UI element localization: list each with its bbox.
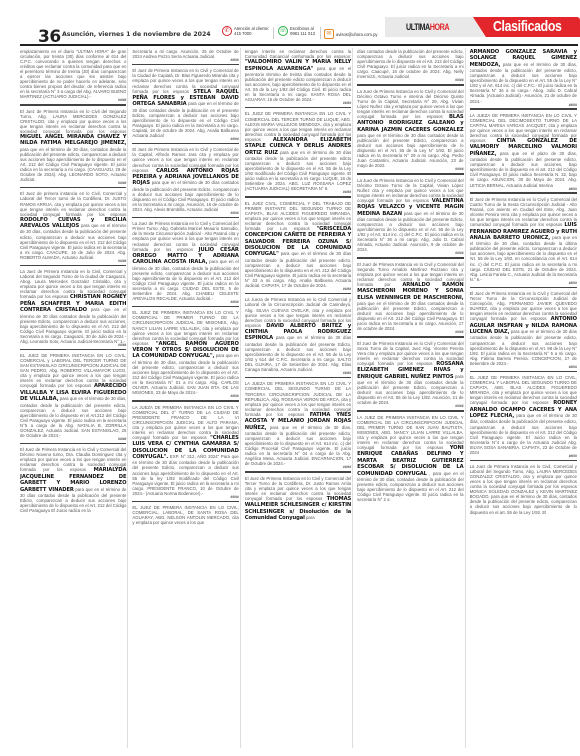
legal-notice: Secretaría a mi cargo. Asunción, 25 de O… [132, 48, 238, 63]
notice-code: ##/## [470, 282, 577, 286]
notice-code: ##/## [132, 59, 238, 63]
notice-divider [357, 173, 463, 175]
notice-divider [470, 108, 577, 110]
legal-notice: ARMANDO GONZALEZ SARAVIA y SOLANGE RAQUE… [470, 48, 577, 107]
notice-code: ##/## [245, 102, 351, 106]
legal-notice: LA JUEZA DE PRIMERA INSTANCIA EN LO CIVI… [245, 380, 351, 470]
notice-text: para que en el término de 30 días contad… [245, 150, 351, 192]
notice-text: tengan interés en reclamar derechos cont… [245, 49, 351, 59]
notice-code: ##/## [245, 191, 351, 195]
notice-code: ##/## [132, 301, 238, 305]
notice-text: para que en el término de 30 días contad… [357, 211, 463, 253]
notice-text: para que en el término de 30 días, conta… [20, 396, 126, 438]
legal-notice: El Juez de Primera Instancia en lo Civil… [132, 146, 238, 215]
notice-text: para que en el término de 30 días contad… [245, 335, 351, 372]
column-5: ARMANDO GONZALEZ SARAVIA y SOLANGE RAQUE… [470, 48, 578, 748]
notice-code: ##/## [132, 496, 238, 500]
notice-text: para [306, 515, 315, 520]
legal-notice: El Juez de Primera Instancia en lo Civil… [357, 261, 463, 335]
notice-text: Secretaría a mi cargo. Asunción, 25 de O… [132, 49, 238, 59]
legal-notice: El Juez de Primera Instancia en lo Civil… [132, 67, 238, 141]
notice-divider [357, 257, 463, 259]
notice-code: ##/## [357, 252, 463, 256]
legal-notice: La Juez de Primera Instancia en lo Civil… [357, 88, 463, 173]
notice-divider [132, 306, 238, 308]
notice-code: ##/## [470, 188, 577, 192]
notice-text: EL JUEZ DE PRIMERA INSTANCIA EN LO CIVIL… [132, 505, 238, 525]
notice-divider [245, 293, 351, 295]
legal-notice: La Juez de Primera Instancia en lo Civil… [20, 268, 126, 348]
page-date: Asunción, viernes 1 de noviembre de 2024 [62, 31, 211, 38]
contact-phone[interactable]: ✆ Atención al cliente:415 7000 [222, 26, 269, 36]
notice-code: ##/## [470, 104, 577, 108]
legal-notice: días contados desde la publicación del p… [357, 48, 463, 83]
notice-divider [357, 336, 463, 338]
legal-notice: El Juez de Primera Instancia en lo Civil… [20, 108, 126, 186]
notice-text: emplazamiento en el diario "ULTIMA HORA"… [20, 49, 126, 99]
notice-divider [470, 287, 577, 289]
notice-text: para que en el término de 30 días contad… [20, 307, 126, 344]
notice-divider [470, 460, 577, 462]
notice-divider [245, 107, 351, 109]
notice-divider [470, 371, 577, 373]
notice-text: La Juez de Primera Instancia en lo Civil… [470, 464, 577, 514]
notice-code: ##/## [245, 288, 351, 292]
legal-notice: La Jueza de Primera Instancia en lo Civi… [245, 296, 351, 376]
legal-notice: tengan interés en reclamar derechos cont… [245, 48, 351, 106]
classifieds-columns: emplazamiento en el diario "ULTIMA HORA"… [20, 48, 578, 748]
notice-text: para que en el término de 30 días, conta… [20, 147, 126, 182]
notice-divider [245, 377, 351, 379]
notice-text: El Juez de primera instancia en lo Civil… [20, 191, 126, 216]
divider [320, 27, 321, 39]
whatsapp-icon: ☏ [278, 26, 288, 36]
contact-whatsapp[interactable]: ☏ Escribinos al0981 111 013 [278, 26, 315, 36]
notice-divider [132, 217, 238, 219]
notice-divider [245, 196, 351, 198]
notice-code: ##/## [20, 344, 126, 348]
phone-icon: ✆ [222, 26, 232, 36]
column-1: emplazamiento en el diario "ULTIMA HORA"… [20, 48, 128, 748]
notice-text: para que en el término de 30 días, conta… [245, 425, 351, 467]
divider [273, 27, 274, 39]
notice-text: para que en el término de 30 días, conta… [470, 413, 577, 455]
notice-text: para que en el término de 30 días, conta… [470, 235, 577, 282]
notice-code: ##/## [20, 99, 126, 103]
notice-divider [20, 265, 126, 267]
notice-text: para que en el plazo de 30 días, contado… [470, 151, 577, 188]
notice-text: para que en el término de 30 días contad… [357, 133, 463, 168]
notice-text: La Juez de Primera Instancia en lo Civil… [357, 89, 463, 119]
header-rule [20, 44, 578, 46]
notice-divider [132, 64, 238, 66]
notice-code: ##/## [470, 366, 577, 370]
notice-divider [20, 443, 126, 445]
legal-notice: LA JUEZA DE PRIMERA INSTANCIA EN LO CIVI… [132, 404, 238, 500]
mail-icon: ✉ [324, 29, 334, 39]
legal-notice: LA JUEZA DE PRIMERA INSTANCIA EN LO CIVI… [470, 112, 577, 192]
legal-notice: El Juez de Primera Instancia en lo Civil… [245, 475, 351, 522]
notice-code: ##/## [357, 168, 463, 172]
notice-text: LA JUEZ DE PRIMERA INSTANCIA EN LO CIVIL… [357, 415, 463, 450]
notice-text: para que en el término de 30 días, conta… [132, 353, 238, 395]
notice-divider [20, 349, 126, 351]
notice-text: para que en el término de 30 días contad… [470, 329, 577, 366]
notice-text: para que en el término de 30 días, conta… [132, 259, 238, 301]
notice-divider [470, 192, 577, 194]
notice-code: ##/## [132, 395, 238, 399]
legal-notice: EL JUEZ DE PRIMERA INSTANCIA EN LO CIVIL… [20, 352, 126, 442]
page-header: 36 Asunción, viernes 1 de noviembre de 2… [0, 0, 580, 40]
notice-text: para que en el perentorio término de tre… [245, 66, 351, 103]
legal-notice: El Juez de primera instancia en lo Civil… [20, 190, 126, 263]
notice-text: para que en el término de 30 días contad… [245, 251, 351, 288]
legal-notice: La Juez de Primera Instancia en lo Civil… [132, 220, 238, 305]
notice-parties: MIGUEL ANGEL MIRANDA CHAVEZ Y NILDA FATI… [20, 134, 126, 146]
notice-code: ##/## [357, 79, 463, 83]
notice-divider [132, 143, 238, 145]
notice-text: para que en el término de 30 días, conta… [470, 62, 577, 104]
legal-notice: EL JUEZ DE PRIMERA INSTANCIA EN LO CIVIL… [470, 374, 577, 459]
legal-notice: EL JUEZ DE PRIMERA INSTANCIA EN LO CIVIL… [245, 110, 351, 195]
notice-code: ##/## [245, 466, 351, 470]
notice-code: ##/## [245, 372, 351, 376]
notice-text: El Juez de Primera Instancia en lo Civil… [470, 197, 577, 227]
notice-code: ##/## [357, 405, 463, 409]
notice-code: ##/## [20, 182, 126, 186]
section-banner: ULTIMAHORA Clasificados [385, 17, 580, 37]
brand-logo: ULTIMAHORA [406, 22, 449, 32]
notice-code: ##/## [20, 260, 126, 264]
column-2: Secretaría a mi cargo. Asunción, 25 de O… [132, 48, 240, 748]
legal-notice: emplazamiento en el diario "ULTIMA HORA"… [20, 48, 126, 103]
legal-notice: La Juez de Primera Instancia en lo Civil… [357, 177, 463, 257]
notice-text: El Juez de Primera Instancia en lo Civil… [20, 109, 126, 134]
legal-notice: La Juez de Primera Instancia en lo Civil… [470, 463, 577, 514]
notice-code: ##/## [132, 212, 238, 216]
notice-text: para que en el término de 30 días, conta… [20, 223, 126, 260]
notice-divider [357, 84, 463, 86]
notice-text: EXP. N° 312, AÑO 2024" Para que en térmi… [132, 454, 238, 496]
notice-text: días contados desde la publicación del p… [357, 49, 463, 79]
notice-divider [20, 104, 126, 106]
notice-code: ##/## [132, 138, 238, 142]
section-title: Clasificados [493, 18, 562, 35]
notice-text: para que en el término de 30 días contad… [357, 301, 463, 331]
legal-notice: EL JUEZ CIVIL, COMERCIAL Y DEL TRABAJO D… [245, 200, 351, 292]
column-3: tengan interés en reclamar derechos cont… [245, 48, 353, 748]
notice-divider [132, 501, 238, 503]
notice-code: ##/## [20, 438, 126, 442]
legal-notice: LA JUEZ DE PRIMERA INSTANCIA EN LO CIVIL… [357, 414, 463, 503]
legal-notice: El Juez de Primera Instancia en lo Civil… [470, 290, 577, 370]
notice-text: para que en el término de 30 días contad… [132, 101, 238, 138]
notice-divider [357, 410, 463, 412]
legal-notice: EL JUEZ DE PRIMERA INSTANCIA EN LO CIVIL… [132, 309, 238, 399]
column-4: días contados desde la publicación del p… [357, 48, 465, 748]
notice-code: ##/## [357, 331, 463, 335]
notice-divider [132, 400, 238, 402]
legal-notice: EL JUEZ DE PRIMERA INSTANCIA EN LO CIVIL… [132, 504, 238, 525]
legal-notice: El Juez de Primera Instancia en lo Civil… [470, 196, 577, 286]
notice-divider [245, 471, 351, 473]
legal-notice: El Juez de Primera Instancia en lo Civil… [20, 446, 126, 513]
notice-code: ##/## [470, 455, 577, 459]
contact-email[interactable]: ✉ avisos@uhora.com.py [324, 29, 378, 39]
legal-notice: El Juez de Primera Instancia en lo Civil… [357, 340, 463, 409]
notice-divider [20, 187, 126, 189]
